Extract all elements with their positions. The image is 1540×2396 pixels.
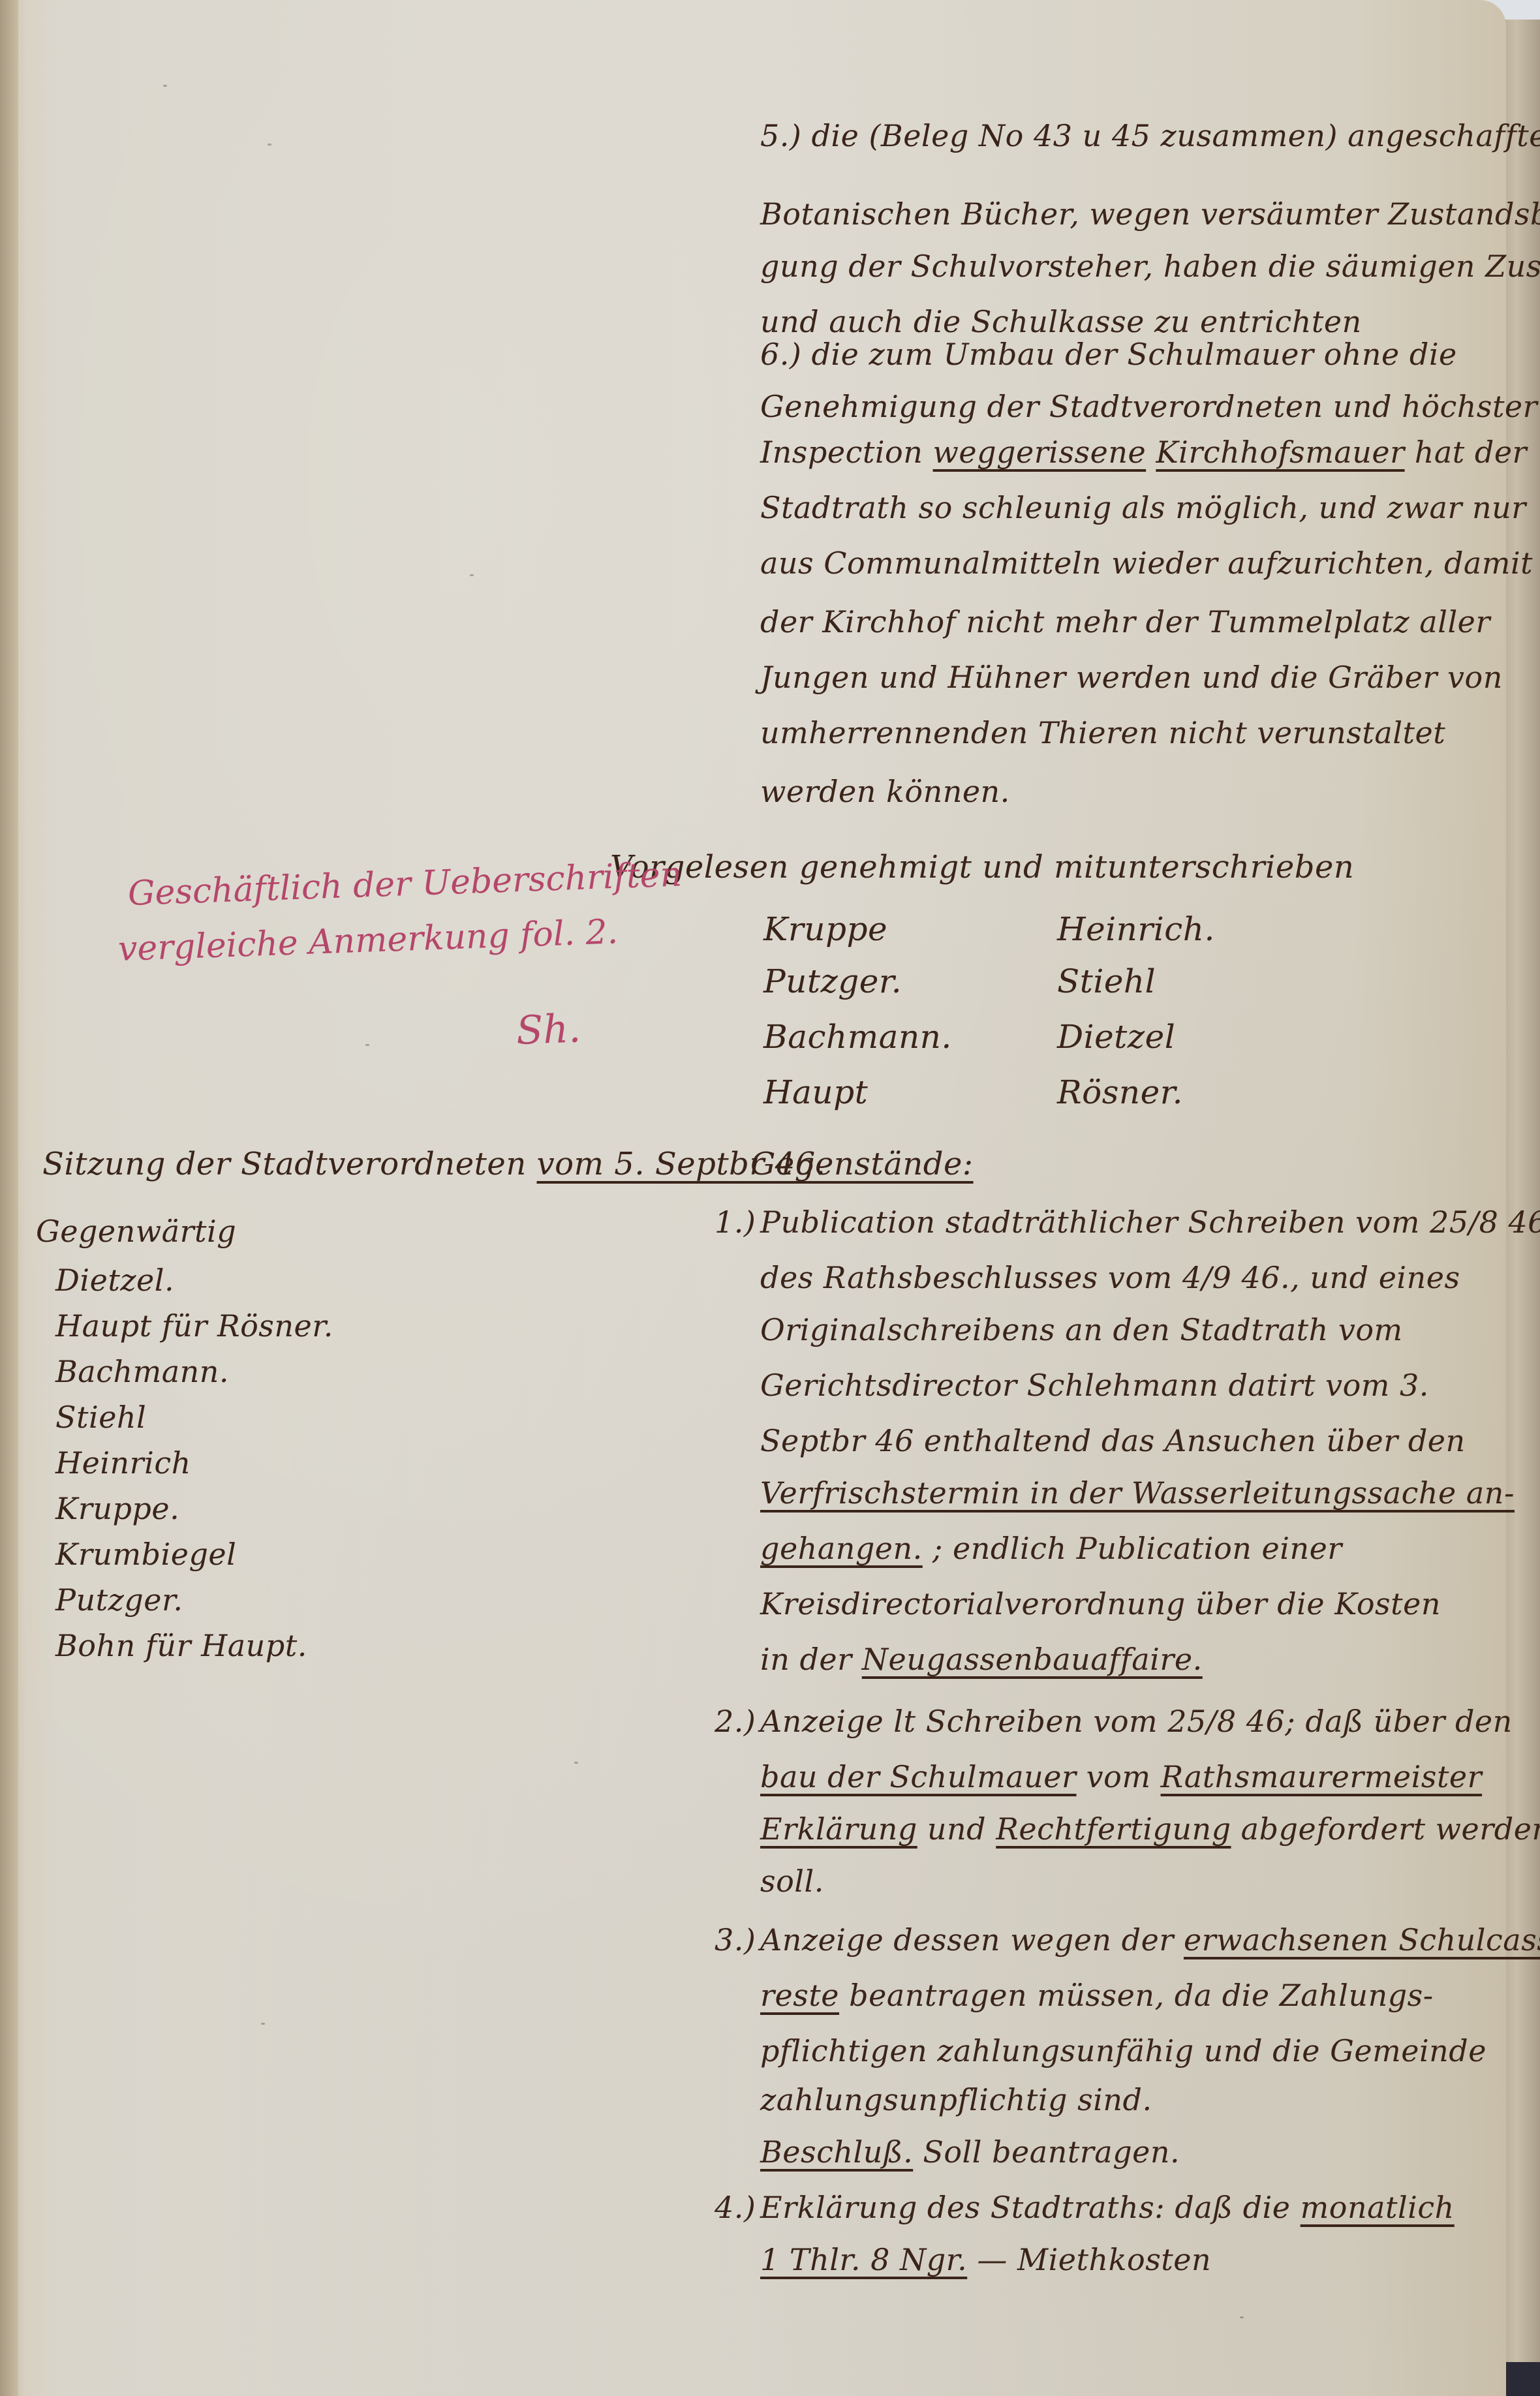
agenda-item-1-line-2: des Rathsbeschlusses vom 4/9 46., und ei… — [760, 1263, 1460, 1293]
next-page-edge — [1501, 20, 1540, 2369]
attendee-8: Putzger. — [55, 1582, 183, 1618]
attendee-1: Dietzel. — [55, 1263, 174, 1298]
underlined-schulmauer: bau der Schulmauer — [760, 1759, 1077, 1794]
agenda-item-2-line-2: bau der Schulmauer vom Rathsmaurermeiste… — [760, 1762, 1482, 1792]
agenda-item-3-number: 3.) — [715, 1925, 756, 1955]
item-6-line-5: aus Communalmitteln wieder aufzurichten,… — [760, 548, 1533, 578]
item-6-line-7: Jungen und Hühner werden und die Gräber … — [760, 662, 1503, 692]
signature-left-2: Putzger. — [763, 962, 902, 1000]
item-6-line-6: der Kirchhof nicht mehr der Tummelplatz … — [760, 607, 1490, 637]
item-5-line-4: und auch die Schulkasse zu entrichten — [760, 307, 1362, 337]
agenda-item-1-line-7: gehangen. ; endlich Publication einer — [760, 1533, 1342, 1563]
agenda-item-1-line-8: Kreisdirectorialverordnung über die Kost… — [760, 1589, 1441, 1619]
margin-note-initials: Sh. — [516, 1006, 581, 1054]
signature-left-4: Haupt — [763, 1073, 868, 1111]
paper-speck — [268, 144, 271, 146]
paper-speck — [1240, 2316, 1244, 2318]
item-6-line-2: Genehmigung der Stadtverordneten und höc… — [760, 392, 1540, 422]
agenda-item-1-line-3: Originalschreibens an den Stadtrath vom — [760, 1315, 1403, 1345]
paper-speck — [163, 85, 167, 87]
item-6-line-8: umherrennenden Thieren nicht verunstalte… — [760, 718, 1445, 748]
signature-left-3: Bachmann. — [763, 1018, 952, 1056]
underlined-neugassenbau: Neugassenbauaffaire. — [862, 1642, 1203, 1677]
paper-speck — [261, 2023, 265, 2025]
item-5-line-1: 5.) die (Beleg No 43 u 45 zusammen) ange… — [760, 121, 1540, 151]
margin-note-line-2: vergleiche Anmerkung fol. 2. — [117, 912, 619, 969]
agenda-item-1-number: 1.) — [715, 1207, 756, 1237]
underlined-rathsmaurermeister: Rathsmaurermeister — [1161, 1759, 1483, 1794]
present-label: Gegenwärtig — [36, 1214, 236, 1249]
underlined-amount: 1 Thlr. 8 Ngr. — [760, 2242, 967, 2277]
item-6-line-1: 6.) die zum Umbau der Schulmauer ohne di… — [760, 339, 1457, 369]
attendee-2: Haupt für Rösner. — [55, 1308, 333, 1344]
signature-right-4: Rösner. — [1057, 1073, 1183, 1111]
session-heading: Sitzung der Stadtverordneten vom 5. Sept… — [42, 1148, 825, 1180]
agenda-item-1-line-6: Verfrischstermin in der Wasserleitungssa… — [760, 1478, 1515, 1508]
agenda-item-2-line-3: Erklärung und Rechtfertigung abgefordert… — [760, 1814, 1540, 1844]
document-page: 5.) die (Beleg No 43 u 45 zusammen) ange… — [0, 0, 1506, 2396]
signature-right-1: Heinrich. — [1057, 910, 1215, 948]
attendee-4: Stiehl — [55, 1400, 146, 1435]
session-heading-prefix: Sitzung der Stadtverordneten — [42, 1146, 537, 1182]
paper-speck — [365, 1044, 369, 1046]
agenda-item-3-line-1: Anzeige dessen wegen der erwachsenen Sch… — [760, 1925, 1540, 1955]
agenda-item-3-line-4: zahlungsunpflichtig sind. — [760, 2085, 1152, 2115]
item-6-line-9: werden können. — [760, 776, 1010, 806]
agenda-item-1-line-1: Publication stadträthlicher Schreiben vo… — [760, 1207, 1540, 1237]
agenda-item-2-line-1: Anzeige lt Schreiben vom 25/8 46; daß üb… — [760, 1706, 1513, 1736]
underlined-schulcassen: erwachsenen Schulcassen- — [1184, 1922, 1540, 1958]
attendee-5: Heinrich — [55, 1445, 191, 1481]
agenda-item-4-number: 4.) — [715, 2192, 756, 2222]
agenda-item-1-line-5: Septbr 46 enthaltend das Ansuchen über d… — [760, 1426, 1466, 1456]
signature-left-1: Kruppe — [763, 910, 887, 948]
agenda-item-3-line-3: pflichtigen zahlungsunfähig und die Geme… — [760, 2036, 1486, 2066]
item-6-line-3-prefix: Inspection — [760, 435, 932, 470]
agenda-item-2-line-4: soll. — [760, 1866, 824, 1896]
page-binding-edge — [0, 0, 18, 2396]
agenda-item-1-line-4: Gerichtsdirector Schlehmann datirt vom 3… — [760, 1370, 1429, 1400]
underlined-rechtfertigung: Rechtfertigung — [996, 1811, 1231, 1847]
attendee-9: Bohn für Haupt. — [55, 1628, 307, 1663]
agenda-item-4-line-2: 1 Thlr. 8 Ngr. — Miethkosten — [760, 2245, 1211, 2275]
paper-speck — [574, 1762, 578, 1764]
item-5-line-2: Botanischen Bücher, wegen versäumter Zus… — [760, 199, 1540, 229]
underlined-kirchhofsmauer: Kirchhofsmauer — [1156, 435, 1404, 470]
paper-speck — [470, 574, 474, 576]
agenda-label: Gegenstände: — [750, 1148, 974, 1180]
item-6-line-3: Inspection weggerissene Kirchhofsmauer h… — [760, 437, 1527, 467]
underlined-erklaerung: Erklärung — [760, 1811, 917, 1847]
agenda-item-3-line-2: reste beantragen müssen, da die Zahlungs… — [760, 1980, 1434, 2010]
underlined-monatlich: monatlich — [1301, 2190, 1455, 2225]
item-6-line-4: Stadtrath so schleunig als möglich, und … — [760, 493, 1526, 523]
underlined-reste: reste — [760, 1978, 839, 2013]
agenda-item-4-line-1: Erklärung des Stadtraths: daß die monatl… — [760, 2192, 1455, 2222]
attendee-6: Kruppe. — [55, 1491, 179, 1526]
attendee-3: Bachmann. — [55, 1354, 229, 1389]
closing-statement: Vorgelesen genehmigt und mitunterschrieb… — [610, 852, 1354, 883]
agenda-item-3-resolution: Beschluß. Soll beantragen. — [760, 2137, 1180, 2167]
underlined-gehangen: gehangen. — [760, 1531, 923, 1566]
underlined-weggerissene: weggerissene — [932, 435, 1146, 470]
underlined-beschluss: Beschluß. — [760, 2134, 913, 2170]
signature-right-3: Dietzel — [1057, 1018, 1175, 1056]
item-5-line-3: gung der Schulvorsteher, haben die säumi… — [760, 251, 1540, 281]
attendee-7: Krumbiegel — [55, 1537, 236, 1572]
agenda-item-2-number: 2.) — [715, 1706, 756, 1736]
margin-note-line-1: Geschäftlich der Ueberschriften — [127, 855, 683, 914]
background-surface-bottom — [1501, 2362, 1540, 2396]
agenda-item-1-line-9: in der Neugassenbauaffaire. — [760, 1644, 1203, 1674]
signature-right-2: Stiehl — [1057, 962, 1156, 1000]
